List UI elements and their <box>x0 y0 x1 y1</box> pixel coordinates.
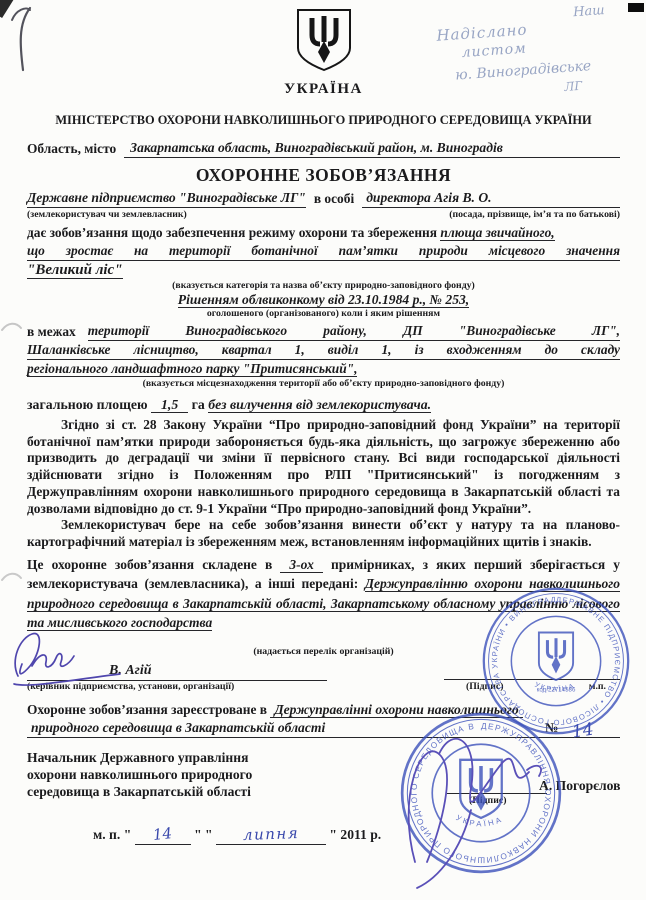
boundaries-line-1: в межах території Виноградівського район… <box>27 322 620 341</box>
ministry-title: МІНІСТЕРСТВО ОХОРОНИ НАВКОЛИШНЬОГО ПРИРО… <box>27 112 620 128</box>
smudge-mark <box>0 320 24 334</box>
signature-agiy <box>10 628 125 690</box>
boundaries-value-3: регіонального ландшафтного парку "Притис… <box>27 361 357 377</box>
smudge-mark <box>0 570 24 584</box>
decision-value: Рішенням облвиконкому від 23.10.1984 р.,… <box>178 292 469 308</box>
area-label: загальною площею <box>27 397 148 412</box>
note-line: ЛГ <box>564 79 583 94</box>
quote-mark: " <box>194 827 202 842</box>
boundaries-label: в межах <box>27 323 76 341</box>
registration-office-2: природного середовища в Закарпатській об… <box>27 719 329 738</box>
object-name-line: "Великий ліс" <box>27 261 620 280</box>
landuser-paragraph: Землекористувач бере на себе зобов’язанн… <box>27 517 620 550</box>
official-position-line: середовища в Закарпатській області <box>27 784 357 801</box>
object-description: що зростає на території ботанічної пам’я… <box>27 242 620 261</box>
copies-count: 3-ох <box>280 557 322 573</box>
decision-line: Рішенням облвиконкому від 23.10.1984 р.,… <box>27 291 620 308</box>
location-value: Закарпатська область, Виноградівський ра… <box>124 138 509 158</box>
year-text: 2011 р. <box>340 827 381 842</box>
area-value: 1,5 <box>151 397 188 413</box>
pen-mark <box>4 2 38 76</box>
connector-text: в особі <box>314 190 354 208</box>
boundaries-line-3: регіонального ландшафтного парку "Притис… <box>27 360 620 378</box>
signature-pogorelov <box>385 712 600 892</box>
official-position-line: Начальник Державного управління <box>27 750 357 767</box>
month-handwritten: липня <box>243 824 300 845</box>
scan-artifact-top-right <box>628 3 644 12</box>
month-slot: липня <box>216 825 326 845</box>
quote-mark: " <box>124 827 132 842</box>
object-caption: (вказується категорія та назва об’єкту п… <box>27 280 620 291</box>
quote-mark: " <box>329 827 337 842</box>
boundaries-value-1: території Виноградівського району, ДП "В… <box>88 322 620 341</box>
handwritten-note: Надіслано Наш листом ю. Виноградівське Л… <box>429 1 640 107</box>
document-page: Надіслано Наш листом ю. Виноградівське Л… <box>0 0 646 900</box>
official-position-line: охорони навколишнього природного <box>27 767 357 784</box>
area-unit: га <box>192 397 205 412</box>
representative-value: директора Агія В. О. <box>362 189 620 208</box>
area-line: загальною площею 1,5 га без вилучення ві… <box>27 395 620 414</box>
boundaries-value-2: Шаланківське лісництво, квартал 1, виділ… <box>27 341 620 360</box>
party-captions: (землекористувач чи землевласник) (посад… <box>27 209 620 220</box>
species-value: плюща звичайного, <box>440 225 554 241</box>
landholder-value: Державне підприємство "Виноградівське ЛГ… <box>27 189 306 208</box>
decision-caption: оголошеного (організованого) коли і яким… <box>27 308 620 319</box>
note-line: листом <box>461 41 527 62</box>
party-line: Державне підприємство "Виноградівське ЛГ… <box>27 189 620 208</box>
copies-lead: Це охоронне зобов’язання складене в <box>27 557 272 572</box>
landholder-caption: (землекористувач чи землевласник) <box>27 209 187 220</box>
boundaries-caption: (вказується місцезнаходження території а… <box>27 378 620 389</box>
note-line: Наш <box>573 3 605 20</box>
area-note: без вилучення від землекористувача. <box>208 397 431 413</box>
obligation-line: дає зобов’язання щодо забезпечення режим… <box>27 224 620 242</box>
location-line: Область, місто Закарпатська область, Вин… <box>27 138 620 158</box>
official-position: Начальник Державного управління охорони … <box>27 750 357 800</box>
day-handwritten: 14 <box>152 824 173 845</box>
seal-label: м. п. <box>93 827 120 842</box>
day-slot: 14 <box>135 825 191 845</box>
obligation-lead: дає зобов’язання щодо забезпечення режим… <box>27 225 437 240</box>
law-paragraph: Згідно зі ст. 28 Закону України “Про при… <box>27 417 620 517</box>
object-name: "Великий ліс" <box>27 262 123 279</box>
representative-caption: (посада, прізвище, ім’я та по батькові) <box>449 209 620 220</box>
coat-of-arms-icon <box>293 8 355 72</box>
blank-line <box>509 156 620 158</box>
document-title: ОХОРОННЕ ЗОБОВ’ЯЗАННЯ <box>27 164 620 187</box>
quote-mark: " <box>205 827 213 842</box>
location-label: Область, місто <box>27 139 116 158</box>
registration-lead: Охоронне зобов’язання зареєстроване в <box>27 702 267 717</box>
